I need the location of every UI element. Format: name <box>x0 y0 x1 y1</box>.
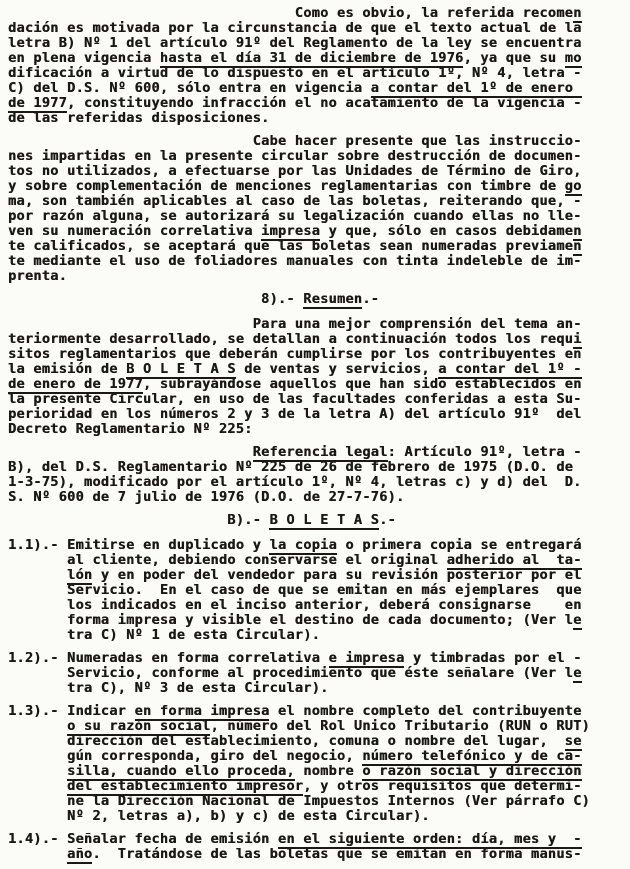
text-segment: la presente Circular, en uso de las facu… <box>8 391 582 407</box>
text-line: ven su numeración correlativa impresa y … <box>8 224 624 239</box>
text-segment: letra B) Nº 1 del artículo 91º del Regla… <box>8 35 582 51</box>
text-segment: 8).- <box>261 291 303 307</box>
text-line: la emisión de B O L E T A S de ventas y … <box>8 362 624 377</box>
text-segment: , subrayándose aquellos que han sido est… <box>143 376 582 392</box>
text-line: te calificados, se aceptará que las bole… <box>8 239 624 254</box>
text-segment: el nombre completo del contribuyente <box>269 703 581 719</box>
heading-resumen: 8).- Resumen.- <box>8 292 624 307</box>
text-segment: B).- <box>227 512 269 528</box>
text-line: B).- B O L E T A S.- <box>8 513 624 528</box>
text-segment: : Artículo 91º, letra - <box>388 444 582 460</box>
item-1-1: 1.1).- Emitirse en duplicado y la copia … <box>8 538 624 643</box>
text-segment: S. Nº 600 de 7 julio de 1976 (D.O. de 27… <box>8 489 404 505</box>
text-line: Servicio. En el caso de que se emitan en… <box>8 583 624 598</box>
text-line: ma, son también aplicables al caso de la… <box>8 194 624 209</box>
text-line: dación es motivada por la circunstancia … <box>8 21 624 36</box>
text-segment: gún corresponda, giro del negocio, <box>67 748 362 764</box>
text-segment: 1.3).- Indicar <box>8 703 135 719</box>
text-segment: , número del Rol Unico Tributario (RUN o… <box>210 718 590 734</box>
text-segment: la emisión de <box>8 361 126 377</box>
text-line: 1.1).- Emitirse en duplicado y la copia … <box>8 538 624 553</box>
text-line: de enero de 1977, subrayándose aquellos … <box>8 377 624 392</box>
text-segment: te calificados, se aceptará que las bole… <box>8 238 573 254</box>
text-segment: 1-3-75), modificado por el artículo 1º, … <box>8 474 582 490</box>
text-segment: , y otros requisitos que determi- <box>303 778 581 794</box>
text-line: forma impresa y visible el destino de ca… <box>8 613 624 628</box>
text-segment: 1.1).- Emitirse en duplicado y <box>8 537 269 553</box>
text-line: 1-3-75), modificado por el artículo 1º, … <box>8 475 624 490</box>
paragraph-instructions: Cabe hacer presente que las instruccio-n… <box>8 134 624 284</box>
text-line: del establecimiento impresor, y otros re… <box>8 779 624 794</box>
text-line: dirección del establecimiento, comuna o … <box>8 734 624 749</box>
text-line: Referencia legal: Artículo 91º, letra - <box>8 445 624 460</box>
paragraph-recommendation: Como es obvio, la referida recomendación… <box>8 6 624 126</box>
text-segment: sitos reglamentarios que deberán cumplir… <box>8 346 582 362</box>
text-line: o su razón social, número del Rol Unico … <box>8 719 624 734</box>
text-line: tra C) Nº 1 de esta Circular). <box>8 628 624 643</box>
text-line: 1.3).- Indicar en forma impresa el nombr… <box>8 704 624 719</box>
underlined-text: B O L E T A S <box>269 512 379 530</box>
text-segment: .- <box>379 512 396 528</box>
document-page: Como es obvio, la referida recomendación… <box>0 0 630 869</box>
text-line: lón y en poder del vendedor para su revi… <box>8 568 624 583</box>
text-line: 1.4).- Señalar fecha de emisión en el si… <box>8 832 624 847</box>
heading-boletas: B).- B O L E T A S.- <box>8 513 624 528</box>
text-line: S. Nº 600 de 7 julio de 1976 (D.O. de 27… <box>8 490 624 505</box>
text-line: Decreto Reglamentario Nº 225: <box>8 422 624 437</box>
underlined-text: año <box>67 846 92 864</box>
text-segment: y sobre complementación de menciones reg… <box>8 178 565 194</box>
text-line: por razón alguna, se autorizará su legal… <box>8 209 624 224</box>
text-segment: ma, son también aplicables al caso de la… <box>8 193 582 209</box>
text-segment: dirección del establecimiento, comuna o … <box>67 733 565 749</box>
text-line: de las referidas disposiciones. <box>8 111 624 126</box>
text-segment: .- <box>362 291 379 307</box>
text-line: tos no utilizados, a efectuarse por las … <box>8 164 624 179</box>
text-line: Para una mejor comprensión del tema an- <box>8 317 624 332</box>
text-segment: al cliente, debiendo conservarse el orig… <box>67 552 447 568</box>
text-segment: y en poder del vendedor para su revisión… <box>92 567 581 583</box>
text-segment: C) del D.S. Nº 600, sólo entra en vigenc… <box>8 80 371 96</box>
text-segment: tra C), Nº 3 de esta Circular). <box>67 680 328 696</box>
text-segment: nes impartidas en la presente circular s… <box>8 148 582 164</box>
text-segment: y que, sólo en casos debidame <box>320 223 573 239</box>
item-1-4: 1.4).- Señalar fecha de emisión en el si… <box>8 832 624 862</box>
text-line: tra C), Nº 3 de esta Circular). <box>8 681 624 696</box>
text-line: teriormente desarrollado, se detallan a … <box>8 332 624 347</box>
text-line: la presente Circular, en uso de las facu… <box>8 392 624 407</box>
text-line: letra B) Nº 1 del artículo 91º del Regla… <box>8 36 624 51</box>
text-line: Servicio, conforme al procedimiento que … <box>8 666 624 681</box>
text-segment: Nº 2, letras a), b) y c) de esta Circula… <box>67 808 430 824</box>
text-segment: Servicio, conforme al procedimiento que … <box>67 665 573 681</box>
text-segment: 1.4).- Señalar fecha de emisión <box>8 831 278 847</box>
text-line: los indicados en el inciso anterior, deb… <box>8 598 624 613</box>
text-segment: tos no utilizados, a efectuarse por las … <box>8 163 582 179</box>
text-segment: Servicio. En el caso de que se emitan en… <box>67 582 581 598</box>
text-line: año. Tratándose de las boletas que se em… <box>8 847 624 862</box>
text-line: B), del D.S. Reglamentario Nº 225 de 26 … <box>8 460 624 475</box>
text-segment: 1.2).- Numeradas en forma correlativa <box>8 650 329 666</box>
text-segment: Cabe hacer presente que las instruccio- <box>253 133 582 149</box>
text-line: te mediante el uso de foliadores manuale… <box>8 254 624 269</box>
text-segment: Para una mejor comprensión del tema an- <box>253 316 582 332</box>
text-line: silla, cuando ello proceda, nombre o raz… <box>8 764 624 779</box>
text-line: Como es obvio, la referida recomen <box>8 6 624 21</box>
underlined-text: e <box>573 612 581 630</box>
text-segment: ne la Dirección Nacional de Impuestos In… <box>67 793 590 809</box>
text-segment: te mediante el uso de foliadores manuale… <box>8 253 582 269</box>
text-segment: forma impresa y visible el destino de ca… <box>67 612 573 628</box>
text-line: y sobre complementación de menciones reg… <box>8 179 624 194</box>
text-segment: Decreto Reglamentario Nº 225: <box>8 421 253 437</box>
text-line: Nº 2, letras a), b) y c) de esta Circula… <box>8 809 624 824</box>
text-segment: perioridad en los números 2 y 3 de la le… <box>8 406 582 422</box>
text-segment: de las referidas disposiciones. <box>8 110 269 126</box>
item-1-3: 1.3).- Indicar en forma impresa el nombr… <box>8 704 624 824</box>
text-segment: B), del D.S. Reglamentario Nº 225 de 26 … <box>8 459 573 475</box>
text-segment: los indicados en el inciso anterior, deb… <box>67 597 581 613</box>
text-line: Cabe hacer presente que las instruccio- <box>8 134 624 149</box>
text-segment: , ya que su <box>463 50 564 66</box>
text-segment: tra C) Nº 1 de esta Circular). <box>67 627 320 643</box>
text-segment: ven su numeración correlativa <box>8 223 261 239</box>
text-segment: y timbradas por el - <box>404 650 581 666</box>
text-segment: dificación a virtud de lo dispuesto en e… <box>8 65 582 81</box>
text-line: gún corresponda, giro del negocio, númer… <box>8 749 624 764</box>
text-segment: prenta. <box>8 268 67 284</box>
text-line: en plena vigencia hasta el día 31 de dic… <box>8 51 624 66</box>
text-segment: teriormente desarrollado, se detallan a … <box>8 331 573 347</box>
text-line: C) del D.S. Nº 600, sólo entra en vigenc… <box>8 81 624 96</box>
text-line: nes impartidas en la presente circular s… <box>8 149 624 164</box>
text-line: de 1977, constituyendo infracción el no … <box>8 96 624 111</box>
text-line: sitos reglamentarios que deberán cumplir… <box>8 347 624 362</box>
text-line: prenta. <box>8 269 624 284</box>
text-line: 1.2).- Numeradas en forma correlativa e … <box>8 651 624 666</box>
text-segment: Como es obvio, la referida recome <box>295 5 573 21</box>
text-line: 8).- Resumen.- <box>8 292 624 307</box>
text-segment: nombre <box>295 763 362 779</box>
underlined-text: e <box>573 665 581 683</box>
text-line: al cliente, debiendo conservarse el orig… <box>8 553 624 568</box>
item-1-2: 1.2).- Numeradas en forma correlativa e … <box>8 651 624 696</box>
paragraph-resumen-intro: Para una mejor comprensión del tema an-t… <box>8 317 624 437</box>
text-segment: , constituyendo infracción el no acatami… <box>67 95 581 111</box>
text-line: perioridad en los números 2 y 3 de la le… <box>8 407 624 422</box>
text-line: ne la Dirección Nacional de Impuestos In… <box>8 794 624 809</box>
text-segment: o primera copia se entregará <box>337 537 582 553</box>
underlined-text: Resumen <box>303 291 362 309</box>
paragraph-referencia-legal: Referencia legal: Artículo 91º, letra -B… <box>8 445 624 505</box>
text-segment: dación es motivada por la circunstancia … <box>8 20 582 36</box>
text-line: dificación a virtud de lo dispuesto en e… <box>8 66 624 81</box>
text-segment: . Tratándose de las boletas que se emita… <box>92 846 581 862</box>
text-segment: por razón alguna, se autorizará su legal… <box>8 208 582 224</box>
text-segment: en plena vigencia <box>8 50 160 66</box>
text-segment: de ventas y servicios, <box>236 361 438 377</box>
